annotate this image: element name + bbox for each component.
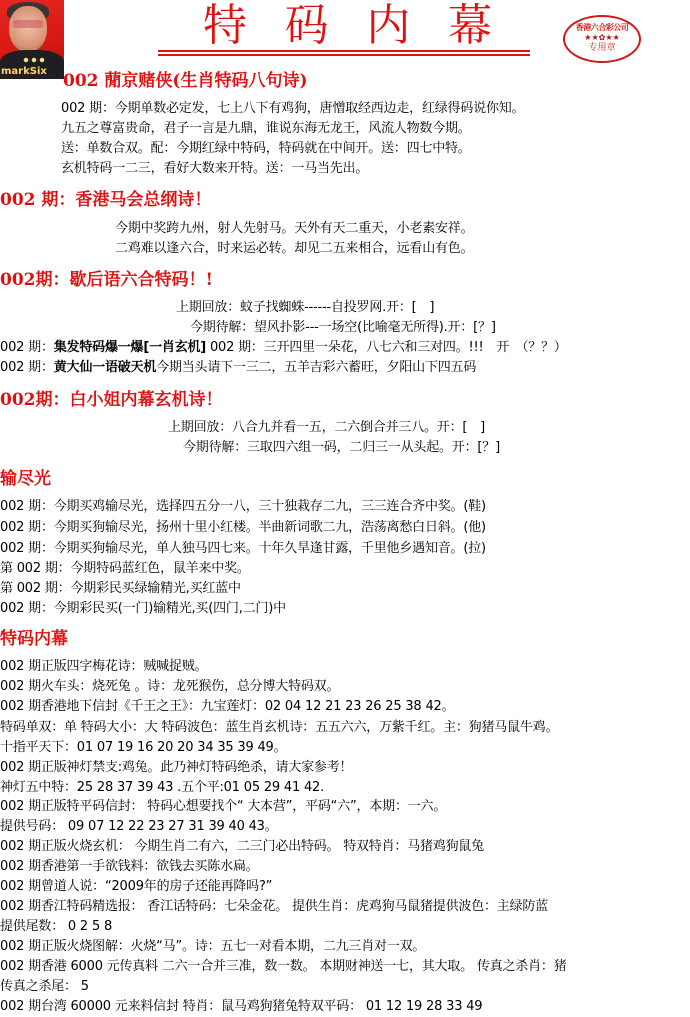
tip-line: 002 期香港地下信封《千王之王》：九宝莲灯：02 04 12 21 23 26… [0,697,454,717]
avatar-brand-text: markSix [1,66,47,77]
tip-line: 002 期火车头：烧死兔 。诗：龙死猴伤，总分博大特码双。 [0,677,339,697]
tip-row: 002 期：集发特码爆一爆[一肖玄机] 002 期：三开四里一朵花，八七六和三对… [0,338,567,358]
tip-line: 002 期台湾 60000 元来料信封 特肖：鼠马鸡狗猪兔特双平码： 01 12… [0,997,482,1017]
stamp-stars-icon: ★★✿★★ [565,33,639,43]
this-period-riddle: 今期待解：望风扑影---一场空(比喻毫无所得).开：[？] [190,318,496,338]
poem-line: 二鸡难以逢六合，时来运必转。却见二五来相合，远看山有色。 [115,239,473,259]
title-underline [158,54,530,56]
avatar-glasses [13,20,43,28]
section-heading-xiehouyu: 002期：歇后语六合特码！! [0,270,213,290]
tip-title: 黄大仙一语破天机 [54,360,156,375]
tip-line: 002 期正版火烧图解：火烧“马”。诗：五七一对看本期，二九三肖对一双。 [0,937,425,957]
title-char: 内 [366,2,410,50]
poem-line: 九五之尊富贵命，君子一言是九鼎，谁说东海无龙王，风流人物数今期。 [61,119,471,139]
tip-line: 神灯五中特：25 28 37 39 43 .五个平:01 05 29 41 42… [0,778,324,798]
tip-prefix: 002 期： [0,360,54,375]
tip-line: 第 002 期：今期彩民买绿输精光,买红蓝中 [0,579,241,599]
title-char: 特 [203,2,247,50]
page-title: 特 码 内 幕 [158,2,530,50]
tip-line: 002 期香江特码精选报： 香江话特码：七朵金花。 提供生肖：虎鸡狗马鼠猪提供波… [0,897,548,917]
company-stamp: 香港六合彩公司 ★★✿★★ 专用章 [563,15,641,63]
stamp-label: 专用章 [565,43,639,54]
section-heading-temaneimu: 特码内幕 [0,629,68,649]
poem-line: 送：单数合双。配：今期红绿中特码，特码就在中间开。送：四七中特。 [61,139,471,159]
tip-line: 002 期正版四字梅花诗：贼喊捉贼。 [0,657,207,677]
poem-line: 002 期：今期单数必定发，七上八下有鸡狗，唐憎取经西边走，红绿得码说你知。 [61,99,524,119]
tip-line: 提供尾数： 0 2 5 8 [0,917,112,937]
title-underline [158,50,530,52]
section-heading-bai-xiaojie: 002期：白小姐内幕玄机诗！ [0,390,223,410]
avatar-face [9,6,47,52]
avatar-image: markSix [0,0,64,79]
tip-line: 002 期：今期买狗输尽光，单人独马四七来。十年久旱逢甘露，千里他乡遇知音。(拉… [0,539,486,559]
tip-line: 002 期曾道人说：“2009年的房子还能再降吗?” [0,877,272,897]
stamp-company-name: 香港六合彩公司 [565,23,639,33]
tip-line: 传真之杀尾： 5 [0,977,89,997]
tip-line: 002 期：今期买鸡输尽光，选择四五分一八，三十独栽存二九，三三连合齐中奖。(鞋… [0,497,486,517]
tip-line: 十指平天下：01 07 19 16 20 20 34 35 39 49。 [0,738,286,758]
title-char: 幕 [448,2,492,50]
tip-text: 今期当头请下一三二，五羊吉彩六蓄旺，夕阳山下四五码 [156,360,476,375]
tip-line: 002 期：今期彩民买(一门)输精光,买(四门,二门)中 [0,599,286,619]
poem-line: 今期中奖跨九州，射人先射马。天外有天二重天，小老素安祥。 [115,219,473,239]
tip-line: 002 期正版神灯禁支:鸡兔。此乃神灯特码绝杀，请大家参考！ [0,758,352,778]
tip-line: 第 002 期：今期特码蓝红色，鼠羊来中奖。 [0,559,250,579]
tip-row: 002 期：黄大仙一语破天机今期当头请下一三二，五羊吉彩六蓄旺，夕阳山下四五码 [0,358,476,378]
tip-line: 002 期香港第一手欲钱料：欲钱去买陈水扁。 [0,857,259,877]
section-heading-aomen: 002 蕑京赌侠(生肖特码八句诗) [63,71,308,91]
tip-line: 002 期正版特平码信封： 特码心想要找个“ 大本营”，平码“六”，本期：一六。 [0,797,446,817]
tip-line: 提供号码： 09 07 12 22 23 27 31 39 40 43。 [0,817,278,837]
tip-line: 特码单双：单 特码大小：大 特码波色：蓝生肖玄机诗：五五六六，万紫千红。主：狗猪… [0,718,558,738]
last-period-answer: 上期回放：八合九并看一五，二六倒合并三八。开：[ ] [168,418,485,438]
tip-title: 集发特码爆一爆[一肖玄机] [54,340,206,355]
this-period-riddle: 今期待解：三取四六组一码，二归三一从头起。开：[？] [183,438,500,458]
poem-line: 玄机特码一二三，看好大数来开特。送：一马当先出。 [61,159,368,179]
avatar-buttons [22,56,46,64]
tip-line: 002 期正版火烧玄机： 今期生肖二有六，二三门必出特码。 特双特肖：马猪鸡狗鼠… [0,837,484,857]
tip-line: 002 期香港 6000 元传真料 二六一合并三准，数一数。 本期财神送一七，其… [0,957,567,977]
tip-line: 002 期：今期买狗输尽光，扬州十里小红楼。半曲新词歌二九，浩荡离愁白日斜。(他… [0,518,486,538]
title-char: 码 [285,2,329,50]
last-period-answer: 上期回放：蚊子找蜘蛛------自投罗网.开：[ ] [176,298,434,318]
section-heading-shujinguang: 输尽光 [0,469,51,489]
tip-prefix: 002 期： [0,340,54,355]
tip-text: 002 期：三开四里一朵花，八七六和三对四。!!! 开 （？？） [206,340,567,355]
section-heading-hk-poem: 002 期：香港马会总纲诗！ [0,190,211,210]
